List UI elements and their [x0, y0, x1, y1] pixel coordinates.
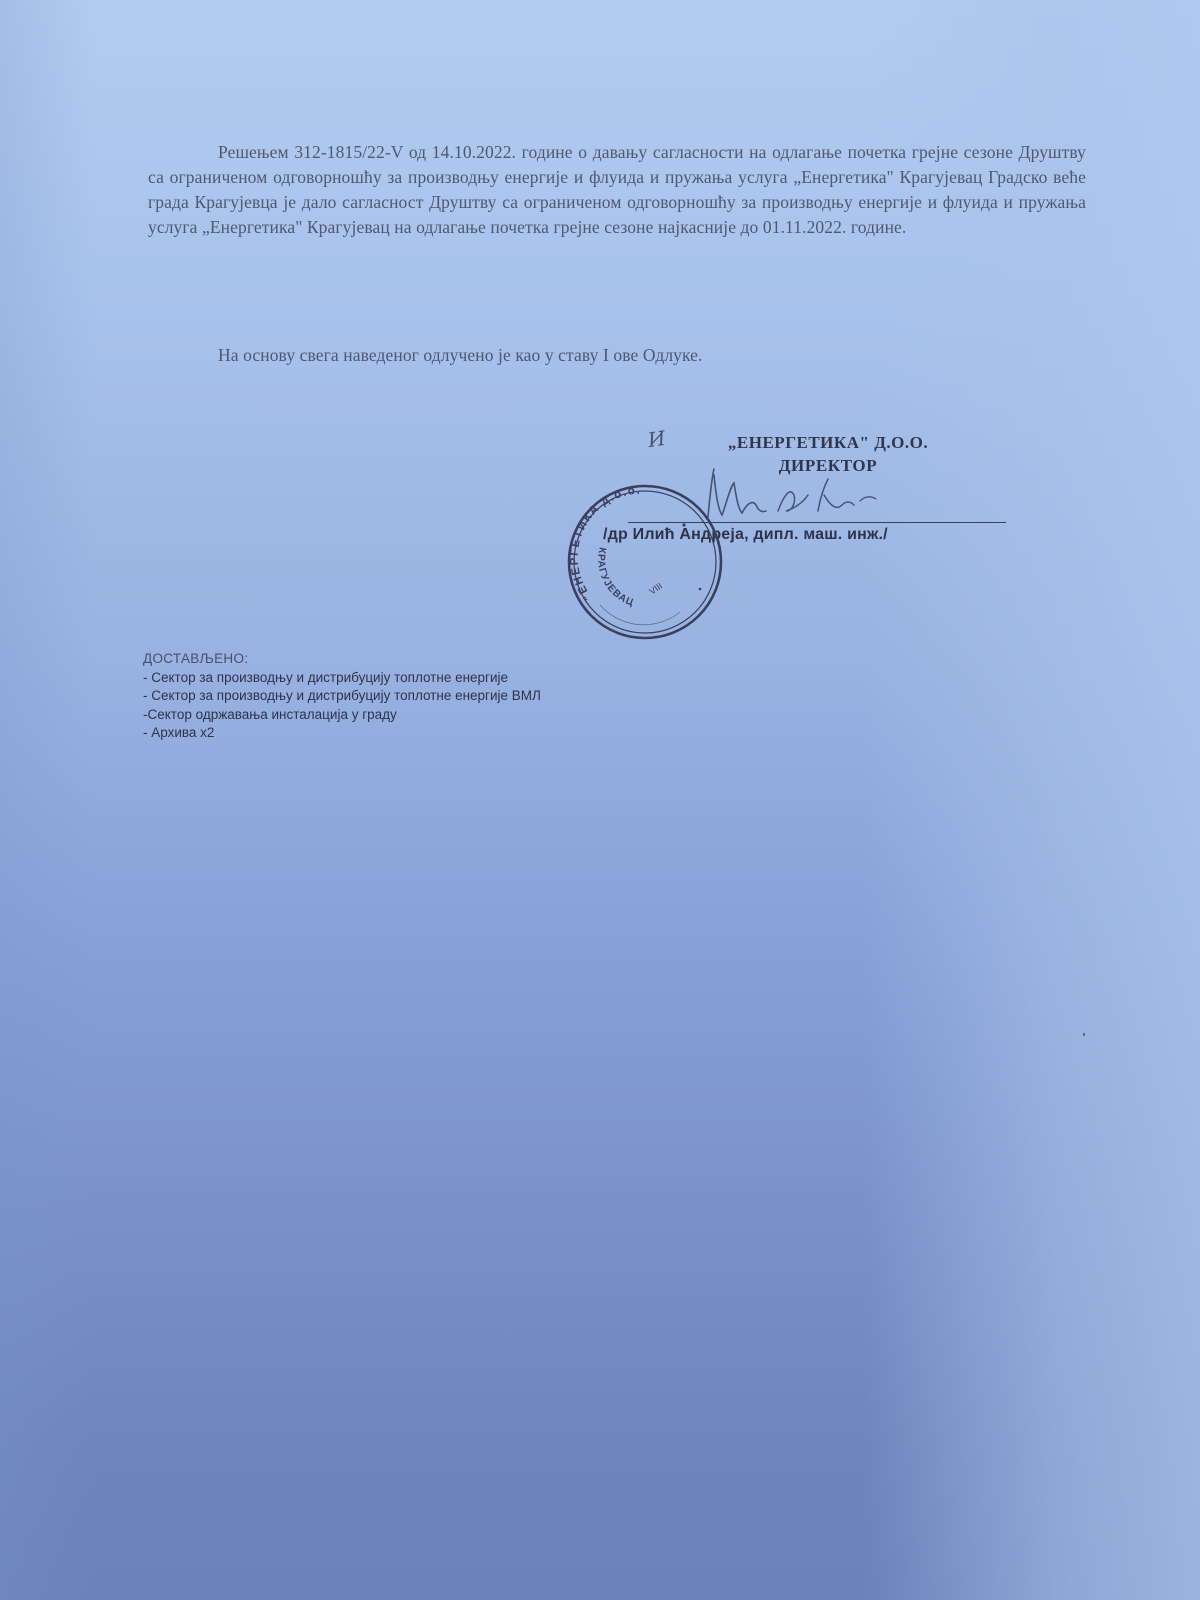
svg-text:VIII: VIII [647, 581, 664, 597]
distribution-list: ДОСТАВЉЕНО: - Сектор за производњу и дис… [143, 650, 541, 743]
paragraph-text: Решењем 312-1815/22-V од 14.10.2022. год… [148, 142, 1086, 237]
paper-speck [1083, 1033, 1085, 1036]
distribution-heading: ДОСТАВЉЕНО: [143, 650, 541, 669]
distribution-item: - Архива x2 [143, 724, 541, 743]
company-name: „ЕНЕРГЕТИКА" Д.О.О. [648, 433, 1008, 453]
signature-block: И „ЕНЕРГЕТИКА" Д.О.О. ДИРЕКТОР /др Илић … [560, 415, 1020, 665]
paragraph-decision-reference: Решењем 312-1815/22-V од 14.10.2022. год… [148, 140, 1086, 240]
document-page: Решењем 312-1815/22-V од 14.10.2022. год… [0, 0, 1200, 1600]
official-stamp-icon: "ЕНЕРГЕТИКА д.о.о. КРАГУЈЕВАЦ VIII [560, 477, 730, 647]
paragraph-conclusion: На основу свега наведеног одлучено је ка… [148, 343, 1086, 368]
distribution-item: -Сектор одржавања инсталација у граду [143, 706, 541, 725]
svg-text:КРАГУЈЕВАЦ: КРАГУЈЕВАЦ [595, 546, 635, 609]
distribution-item: - Сектор за производњу и дистрибуцију то… [143, 669, 541, 688]
distribution-item: - Сектор за производњу и дистрибуцију то… [143, 687, 541, 706]
paragraph-text: На основу свега наведеног одлучено је ка… [218, 345, 703, 365]
handwritten-signature-icon [700, 465, 900, 525]
distribution-items: - Сектор за производњу и дистрибуцију то… [143, 669, 541, 743]
